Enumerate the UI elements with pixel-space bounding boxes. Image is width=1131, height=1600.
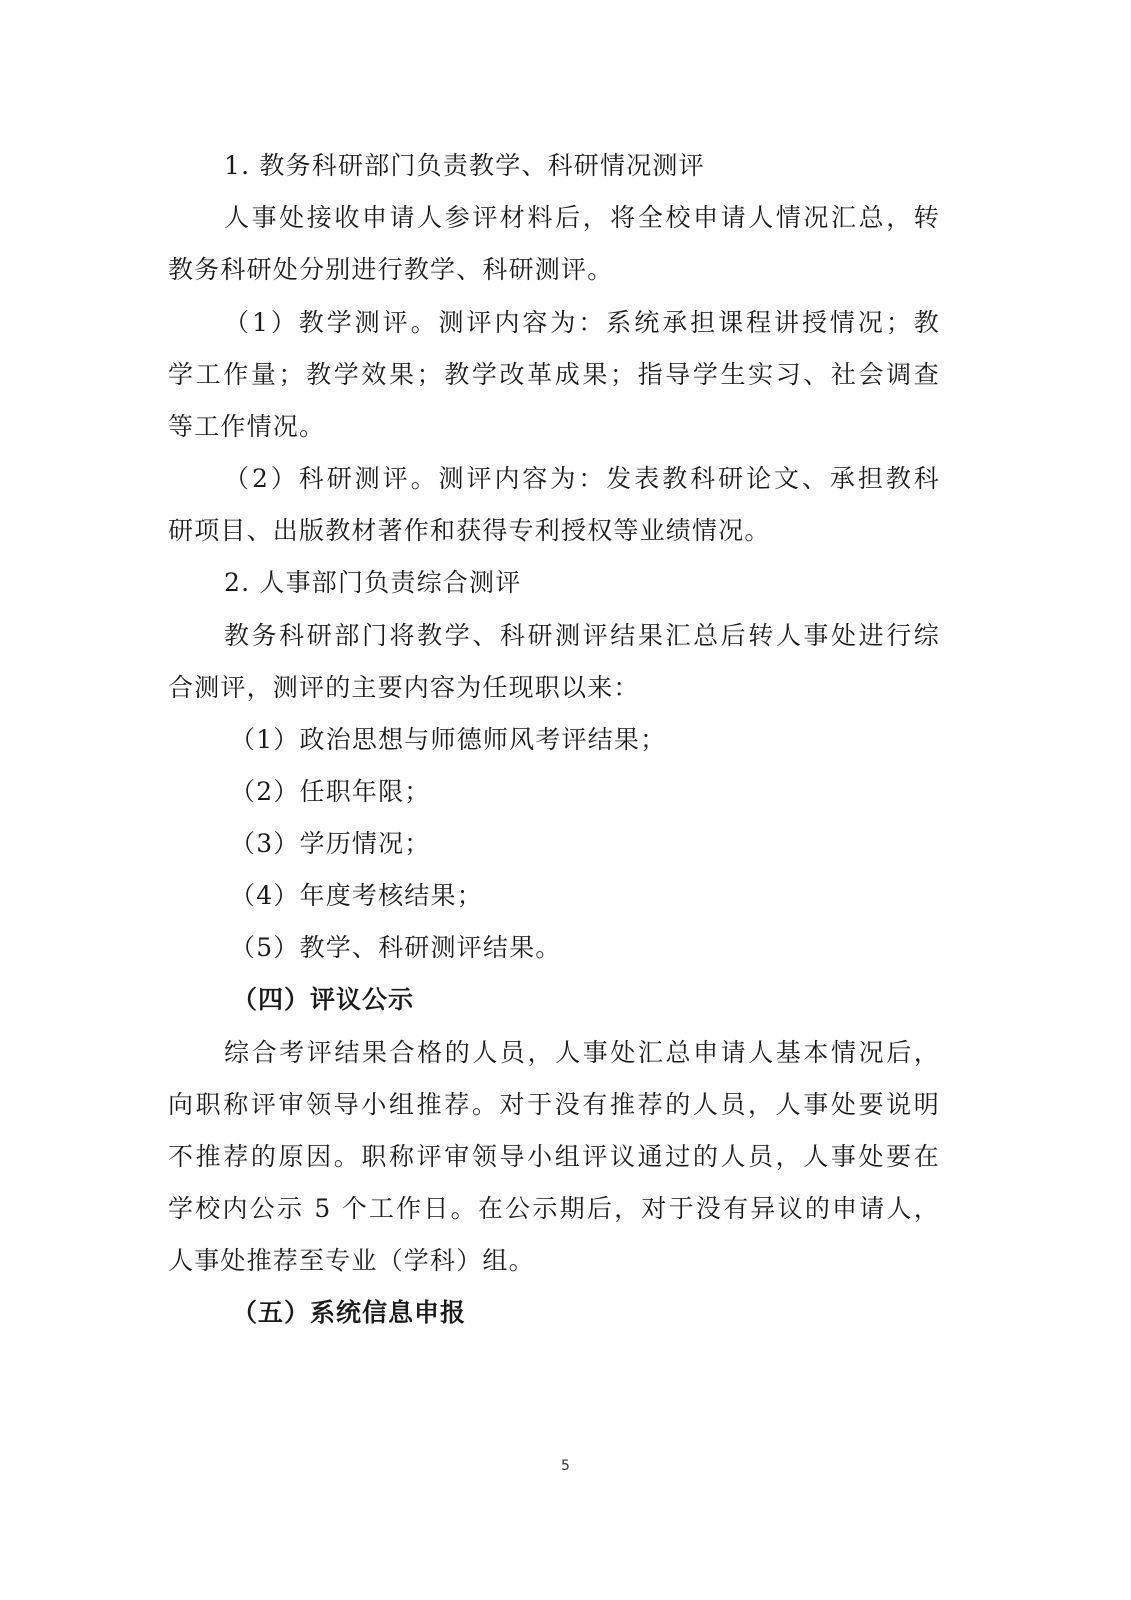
subsection-title-1: 1. 教务科研部门负责教学、科研情况测评 — [224, 151, 940, 181]
paragraph-line: 综合考评结果合格的人员，人事处汇总申请人基本情况后， — [224, 1038, 940, 1068]
section-heading-5: （五）系统信息申报 — [232, 1298, 1004, 1328]
paragraph-line: 教务科研部门将教学、科研测评结果汇总后转人事处进行综 — [224, 621, 940, 651]
paragraph-line: 人事处接收申请人参评材料后，将全校申请人情况汇总，转 — [224, 203, 940, 233]
paragraph-line: 人事处推荐至专业（学科）组。 — [168, 1246, 940, 1276]
section-heading-4: （四）评议公示 — [232, 985, 1004, 1015]
paragraph-line: 合测评，测评的主要内容为任现职以来： — [168, 673, 940, 703]
list-item: （4）年度考核结果； — [230, 881, 940, 911]
paragraph-line: 学校内公示 5 个工作日。在公示期后，对于没有异议的申请人， — [168, 1194, 940, 1224]
paragraph-line: （2）科研测评。测评内容为：发表教科研论文、承担教科 — [224, 464, 940, 494]
list-item: （3）学历情况； — [230, 829, 940, 859]
subsection-title-2: 2. 人事部门负责综合测评 — [224, 568, 940, 598]
document-page: 1. 教务科研部门负责教学、科研情况测评 人事处接收申请人参评材料后，将全校申请… — [0, 0, 1131, 1600]
list-item: （1）政治思想与师德师风考评结果； — [230, 725, 940, 755]
page-number: 5 — [0, 1458, 1131, 1474]
paragraph-line: （1）教学测评。测评内容为：系统承担课程讲授情况；教 — [224, 308, 940, 338]
paragraph-line: 不推荐的原因。职称评审领导小组评议通过的人员，人事处要在 — [168, 1142, 940, 1172]
paragraph-line: 教务科研处分别进行教学、科研测评。 — [168, 255, 940, 285]
paragraph-line: 研项目、出版教材著作和获得专利授权等业绩情况。 — [168, 516, 940, 546]
paragraph-line: 学工作量；教学效果；教学改革成果；指导学生实习、社会调查 — [168, 360, 940, 390]
list-item: （2）任职年限； — [230, 777, 940, 807]
list-item: （5）教学、科研测评结果。 — [230, 933, 940, 963]
paragraph-line: 等工作情况。 — [168, 412, 940, 442]
paragraph-line: 向职称评审领导小组推荐。对于没有推荐的人员，人事处要说明 — [168, 1090, 940, 1120]
